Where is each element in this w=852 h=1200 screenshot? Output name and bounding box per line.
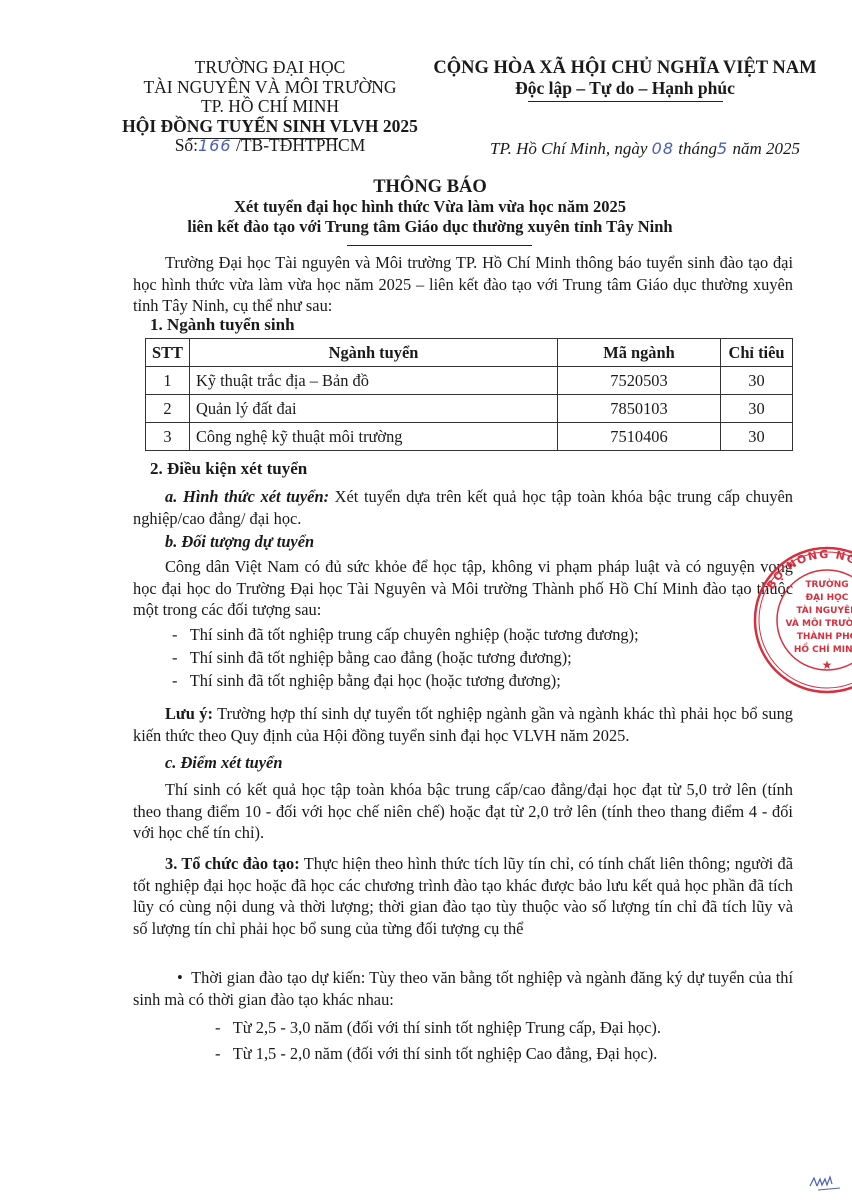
org-line-1: TRƯỜNG ĐẠI HỌC: [100, 58, 440, 78]
section-2b-paragraph: Công dân Việt Nam có đủ sức khỏe để học …: [133, 556, 793, 621]
note-label: Lưu ý:: [165, 704, 213, 723]
note-paragraph: Lưu ý: Trường hợp thí sinh dự tuyển tốt …: [133, 703, 793, 746]
country-name: CỘNG HÒA XÃ HỘI CHỦ NGHĨA VIỆT NAM: [420, 58, 830, 78]
svg-text:THÀNH PHỐ: THÀNH PHỐ: [797, 629, 852, 642]
svg-text:TÀI NGUYÊN: TÀI NGUYÊN: [796, 604, 852, 616]
title-underline: [347, 245, 532, 246]
title-sub-1: Xét tuyển đại học hình thức Vừa làm vừa …: [130, 197, 730, 217]
header-stt: STT: [146, 339, 190, 367]
intro-paragraph: Trường Đại học Tài nguyên và Môi trường …: [133, 252, 793, 317]
document-page: TRƯỜNG ĐẠI HỌC TÀI NGUYÊN VÀ MÔI TRƯỜNG …: [0, 0, 852, 1200]
section-2c-paragraph: Thí sinh có kết quả học tập toàn khóa bậ…: [133, 779, 793, 844]
table-row: 1 Kỹ thuật trắc địa – Bản đồ 7520503 30: [146, 367, 793, 395]
list-item: - Từ 2,5 - 3,0 năm (đối với thí sinh tốt…: [215, 1017, 661, 1039]
org-line-2: TÀI NGUYÊN VÀ MÔI TRƯỜNG: [100, 78, 440, 98]
bullet-item: • Thời gian đào tạo dự kiến: Tùy theo vă…: [133, 967, 793, 1010]
section-2b-heading: b. Đối tượng dự tuyển: [165, 531, 825, 553]
header-major: Ngành tuyển: [189, 339, 557, 367]
table-row: 2 Quản lý đất đai 7850103 30: [146, 395, 793, 423]
issuing-organization: TRƯỜNG ĐẠI HỌC TÀI NGUYÊN VÀ MÔI TRƯỜNG …: [100, 58, 440, 156]
list-item: - Thí sinh đã tốt nghiệp bằng đại học (h…: [172, 670, 561, 692]
document-date: TP. Hồ Chí Minh, ngày 08 tháng5 năm 2025: [490, 139, 800, 159]
org-underline: [188, 138, 338, 139]
document-title: THÔNG BÁO Xét tuyển đại học hình thức Vừ…: [130, 177, 730, 237]
section-2a-label: a. Hình thức xét tuyển:: [165, 487, 329, 506]
title-main: THÔNG BÁO: [130, 177, 730, 197]
national-motto: CỘNG HÒA XÃ HỘI CHỦ NGHĨA VIỆT NAM Độc l…: [420, 58, 830, 98]
handwritten-month: 5: [717, 139, 728, 158]
table-header-row: STT Ngành tuyển Mã ngành Chỉ tiêu: [146, 339, 793, 367]
header-code: Mã ngành: [557, 339, 720, 367]
org-line-3: TP. HỒ CHÍ MINH: [100, 97, 440, 117]
section-2-heading: 2. Điều kiện xét tuyển: [150, 458, 810, 480]
svg-text:ĐẠI HỌC: ĐẠI HỌC: [806, 593, 849, 603]
list-item: - Thí sinh đã tốt nghiệp trung cấp chuyê…: [172, 624, 639, 646]
svg-text:VÀ MÔI TRƯỜNG: VÀ MÔI TRƯỜNG: [786, 617, 852, 629]
svg-text:HỒ CHÍ MINH: HỒ CHÍ MINH: [794, 642, 852, 655]
header-quota: Chỉ tiêu: [720, 339, 792, 367]
section-2a-paragraph: a. Hình thức xét tuyển: Xét tuyển dựa tr…: [133, 486, 793, 529]
svg-text:TRƯỜNG: TRƯỜNG: [805, 578, 848, 590]
motto: Độc lập – Tự do – Hạnh phúc: [420, 78, 830, 98]
table-row: 3 Công nghệ kỹ thuật môi trường 7510406 …: [146, 423, 793, 451]
list-item: - Thí sinh đã tốt nghiệp bằng cao đẳng (…: [172, 647, 572, 669]
section-3-paragraph: 3. Tổ chức đào tạo: Thực hiện theo hình …: [133, 853, 793, 939]
majors-table: STT Ngành tuyển Mã ngành Chỉ tiêu 1 Kỹ t…: [145, 338, 793, 451]
motto-underline: [528, 101, 723, 102]
title-sub-2: liên kết đào tạo với Trung tâm Giáo dục …: [130, 217, 730, 237]
org-council: HỘI ĐỒNG TUYỂN SINH VLVH 2025: [100, 117, 440, 137]
section-1-heading: 1. Ngành tuyển sinh: [150, 314, 810, 336]
official-stamp-icon: BỘ NÔNG NGHIỆP TRƯỜNG ĐẠI HỌC TÀI NGUYÊN…: [752, 545, 852, 695]
handwritten-day: 08: [652, 139, 674, 158]
svg-text:★: ★: [822, 658, 833, 672]
section-3-label: 3. Tổ chức đào tạo:: [165, 854, 300, 873]
initials-signature-icon: [808, 1172, 844, 1192]
section-2c-heading: c. Điểm xét tuyển: [165, 752, 825, 774]
list-item: - Từ 1,5 - 2,0 năm (đối với thí sinh tốt…: [215, 1043, 657, 1065]
